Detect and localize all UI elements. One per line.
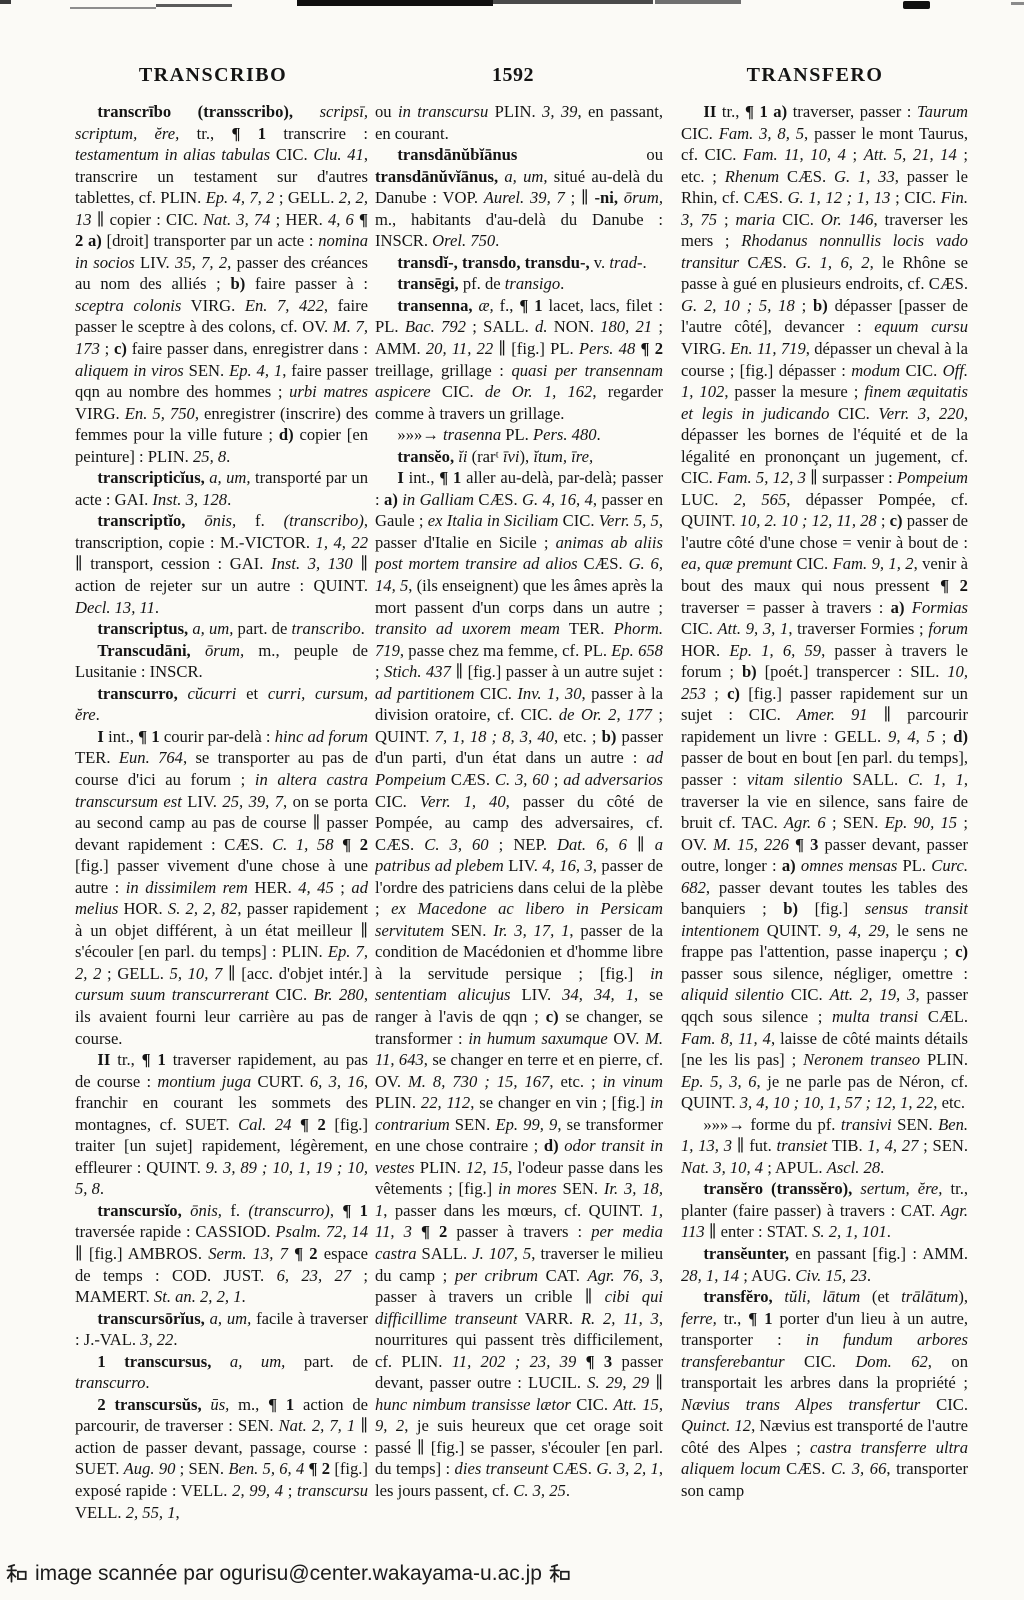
entry-paragraph: transĕo, ĭi (rarᵗ īvi), ĭtum, īre, — [375, 446, 663, 468]
wa-kanji-icon — [6, 1563, 28, 1585]
text-column-left: transcrībo (transscribo), scripsī, scrip… — [75, 101, 368, 1559]
entry-paragraph: transcrībo (transscribo), scripsī, scrip… — [75, 101, 368, 467]
scan-artifact — [297, 0, 493, 6]
entry-paragraph: I int., ¶ 1 aller au-delà, par-delà; pas… — [375, 467, 663, 1501]
entry-paragraph: transcursōrĭus, a, um, facile à traverse… — [75, 1308, 368, 1351]
entry-paragraph: transcursĭo, ōnis, f. (transcurro), ¶ 1 … — [75, 1200, 368, 1308]
entry-paragraph: transcripticĭus, a, um, transporté par u… — [75, 467, 368, 510]
entry-paragraph: II tr., ¶ 1 traverser rapidement, au pas… — [75, 1049, 368, 1200]
entry-paragraph: transĕro (transsĕro), sertum, ĕre, tr., … — [681, 1178, 968, 1243]
running-head-left: TRANSCRIBO — [139, 64, 287, 87]
entry-paragraph: transdĭ-, transdo, transdu-, v. trad-. — [375, 252, 663, 274]
scan-artifact — [156, 4, 232, 7]
entry-paragraph: transfĕro, tŭli, lātum (et trālātum), fe… — [681, 1286, 968, 1501]
text-column-middle: ou in transcursu PLIN. 3, 39, en passant… — [375, 101, 663, 1559]
wa-kanji-icon — [549, 1563, 571, 1585]
entry-paragraph: I int., ¶ 1 courir par-delà : hinc ad fo… — [75, 726, 368, 1049]
entry-paragraph: ou in transcursu PLIN. 3, 39, en passant… — [375, 101, 663, 144]
running-head-right: TRANSFERO — [747, 64, 884, 87]
entry-paragraph: transcriptus, a, um, part. de transcribo… — [75, 618, 368, 640]
entry-paragraph: Transcudāni, ōrum, m., peuple de Lusitan… — [75, 640, 368, 683]
scan-artifact — [493, 0, 653, 4]
entry-paragraph: transĕunter, en passant [fig.] : AMM. 28… — [681, 1243, 968, 1286]
entry-paragraph: transēgi, pf. de transigo. — [375, 273, 663, 295]
page-number: 1592 — [492, 64, 534, 87]
scan-artifact — [0, 0, 11, 4]
entry-paragraph: transdānŭbĭānus ou transdānŭvĭānus, a, u… — [375, 144, 663, 252]
entry-paragraph: 2 transcursŭs, ūs, m., ¶ 1 action de par… — [75, 1394, 368, 1523]
scan-artifact — [70, 7, 156, 9]
text-column-right: II tr., ¶ 1 a) traverser, passer : Tauru… — [681, 101, 968, 1559]
entry-paragraph: transenna, æ, f., ¶ 1 lacet, lacs, filet… — [375, 295, 663, 424]
scan-artifact — [1011, 2, 1024, 5]
entry-paragraph: »»»→ forme du pf. transivi SEN. Ben. 1, … — [681, 1114, 968, 1179]
dictionary-scanned-page: TRANSCRIBO 1592 TRANSFERO transcrībo (tr… — [0, 0, 1024, 1600]
scan-artifact — [903, 1, 930, 9]
scan-credit-text: image scannée par ogurisu@center.wakayam… — [35, 1562, 542, 1586]
entry-paragraph: transcriptĭo, ōnis, f. (transcribo), tra… — [75, 510, 368, 618]
entry-paragraph: transcurro, cŭcurri et curri, cursum, ĕr… — [75, 683, 368, 726]
scan-artifact — [655, 0, 741, 4]
entry-paragraph: 1 transcursus, a, um, part. de transcurr… — [75, 1351, 368, 1394]
scan-credit-line: image scannée par ogurisu@center.wakayam… — [6, 1562, 571, 1586]
entry-paragraph: »»»→ trasenna PL. Pers. 480. — [375, 424, 663, 446]
entry-paragraph: II tr., ¶ 1 a) traverser, passer : Tauru… — [681, 101, 968, 1114]
